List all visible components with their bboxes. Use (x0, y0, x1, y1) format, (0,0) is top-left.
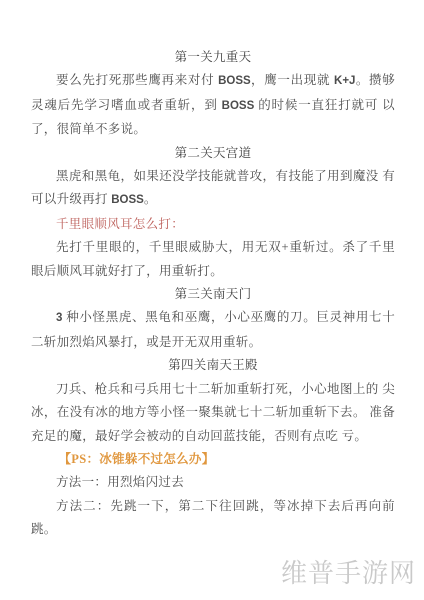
section-title-level4: 第四关南天王殿 (31, 354, 395, 377)
body-text: 。 (144, 192, 157, 206)
body-text: 种小怪黑虎、黑龟和巫鹰，小心巫鹰的刀。巨灵神用七十二斩加烈焰风暴打，或是开无双用… (31, 310, 395, 348)
body-text: 方法一：用烈焰闪过去 (56, 475, 184, 489)
document-page: 第一关九重天要么先打死那些鹰再来对付 BOSS，鹰一出现就 K+J。攒够灵魂后先… (0, 0, 424, 600)
bold-text: BOSS (222, 100, 255, 112)
watermark: 维普手游网 (281, 553, 416, 590)
level1-paragraph: 要么先打死那些鹰再来对付 BOSS，鹰一出现就 K+J。攒够灵魂后先学习嗜血或者… (31, 69, 395, 141)
level4-paragraph: 刀兵、枪兵和弓兵用七十二斩加重斩打死，小心地图上的 尖冰，在没有冰的地方等小怪一… (31, 378, 395, 448)
body-text: 先打千里眼的，千里眼威胁大，用无双+重斩过。杀了千里眼后顺风耳就好打了，用重斩打… (31, 240, 395, 277)
body-text: 刀兵、枪兵和弓兵用七十二斩加重斩打死，小心地图上的 尖冰，在没有冰的地方等小怪一… (31, 382, 395, 443)
section-title-level3: 第三关南天门 (31, 283, 395, 306)
body-text: ，鹰一出现就 (251, 73, 334, 87)
ps-heading-ice-spike: 【PS：冰锥躲不过怎么办】 (31, 448, 395, 471)
bold-text: BOSS (218, 75, 251, 87)
qianliyan-paragraph: 先打千里眼的，千里眼威胁大，用无双+重斩过。杀了千里眼后顺风耳就好打了，用重斩打… (31, 236, 395, 283)
level2-paragraph: 黑虎和黑龟，如果还没学技能就普攻，有技能了用到魔没 有可以升级再打 BOSS。 (31, 165, 395, 213)
body-text: 方法二：先跳一下，第二下往回跳，等冰掉下去后再向前 跳。 (31, 499, 395, 536)
section-title-level1: 第一关九重天 (31, 46, 395, 69)
body-text: 要么先打死那些鹰再来对付 (56, 73, 218, 87)
bold-text: K+J (334, 75, 355, 87)
section-title-level2: 第二关天宫道 (31, 142, 395, 165)
level3-paragraph: 3 种小怪黑虎、黑龟和巫鹰，小心巫鹰的刀。巨灵神用七十二斩加烈焰风暴打，或是开无… (31, 306, 395, 354)
method-two-paragraph: 方法二：先跳一下，第二下往回跳，等冰掉下去后再向前 跳。 (31, 495, 395, 542)
sub-heading-qianliyan: 千里眼顺风耳怎么打： (31, 213, 395, 236)
document-content: 第一关九重天要么先打死那些鹰再来对付 BOSS，鹰一出现就 K+J。攒够灵魂后先… (31, 46, 395, 542)
bold-text: BOSS (111, 194, 144, 206)
method-one-paragraph: 方法一：用烈焰闪过去 (31, 471, 395, 494)
body-text: 黑虎和黑龟，如果还没学技能就普攻，有技能了用到魔没 有可以升级再打 (31, 169, 395, 206)
